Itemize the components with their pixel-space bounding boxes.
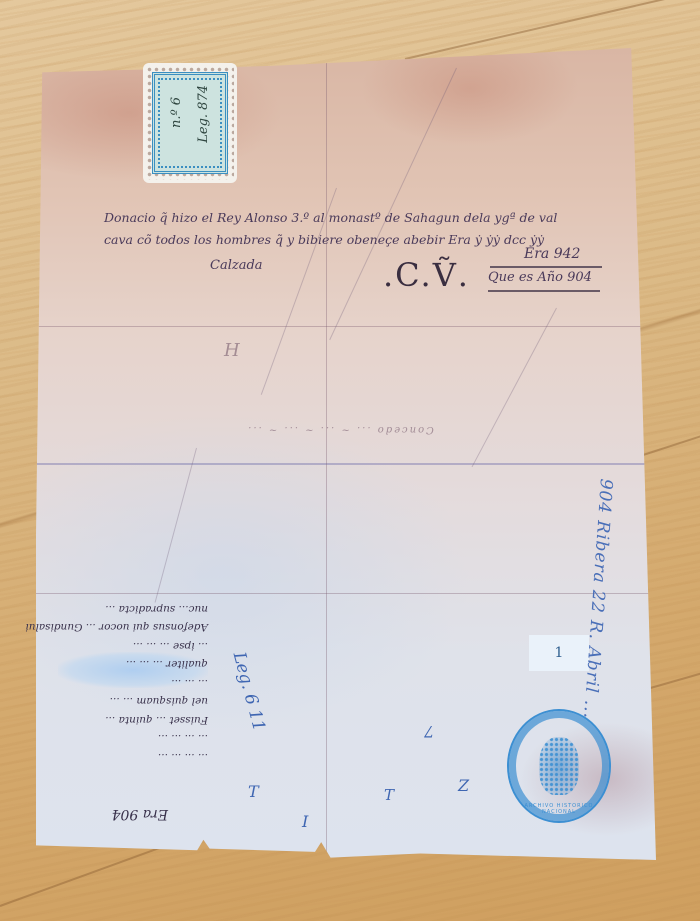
inverted-line: nuc... supradicta ... — [38, 600, 208, 619]
inverted-line: ... ... ... ... — [38, 729, 208, 748]
era-date: Era 942 — [524, 246, 580, 262]
heading-place-name: Calzada — [210, 258, 263, 273]
floor-board-seam — [640, 430, 700, 457]
year-underline — [488, 290, 600, 292]
page-number-label: 1 — [529, 635, 589, 671]
crease — [472, 308, 557, 467]
inverted-line: Adefonsus qui uocor ... Gundisalui — [38, 618, 208, 637]
coat-of-arms-icon — [539, 737, 579, 795]
blue-mark: T — [384, 786, 394, 804]
inverted-text-block: Era 904 ... ... ... ... ... ... ... ... … — [38, 586, 208, 826]
fold-line — [36, 463, 656, 465]
revenue-stamp-icon: Leg. 874 n.º 6 — [146, 66, 234, 180]
inverted-line: ... ... ... ... — [38, 748, 208, 767]
blue-mark: Z — [458, 776, 469, 795]
heading-line-1: Donacio q̃ hizo el Rey Alonso 3.º al mon… — [104, 210, 557, 225]
heading-line-2: cava cõ todos los hombres q̃ y bibiere o… — [104, 232, 544, 247]
era-underline — [490, 266, 602, 268]
inverted-line: ... ipse ... ... ... — [38, 637, 208, 656]
year-note: Que es Año 904 — [488, 270, 592, 285]
inverted-line: qualiter ... ... ... — [38, 655, 208, 674]
fold-line — [36, 326, 656, 327]
inverted-line: Fuisset ... quinta ... — [38, 711, 208, 730]
fold-line — [326, 48, 327, 860]
floor-board-seam — [0, 847, 160, 907]
faint-text-line: Concedo ... ~ ... ~ ... ~ ... — [80, 424, 600, 435]
stamp-handwriting-2: n.º 6 — [169, 97, 184, 128]
seal-text: ARCHIVO HISTORICO NACIONAL — [509, 803, 609, 815]
inverted-line: uel quisquam ... ... — [38, 692, 208, 711]
stamp-frame: Leg. 874 n.º 6 — [152, 72, 228, 174]
blue-mark: I — [302, 812, 308, 831]
small-mark: H — [224, 340, 240, 361]
archive-seal-icon: ARCHIVO HISTORICO NACIONAL — [507, 709, 611, 823]
blue-mark: 7 — [424, 722, 434, 741]
crease — [155, 448, 197, 603]
inverted-footer: Era 904 — [38, 806, 168, 822]
stamp-handwriting-1: Leg. 874 — [196, 85, 211, 143]
crease — [329, 68, 457, 340]
blue-mark: T — [248, 782, 259, 801]
monogram: .C.Ṽ. — [383, 256, 470, 294]
inverted-line: ... ... ... — [38, 674, 208, 693]
floor-board-seam — [405, 0, 700, 60]
